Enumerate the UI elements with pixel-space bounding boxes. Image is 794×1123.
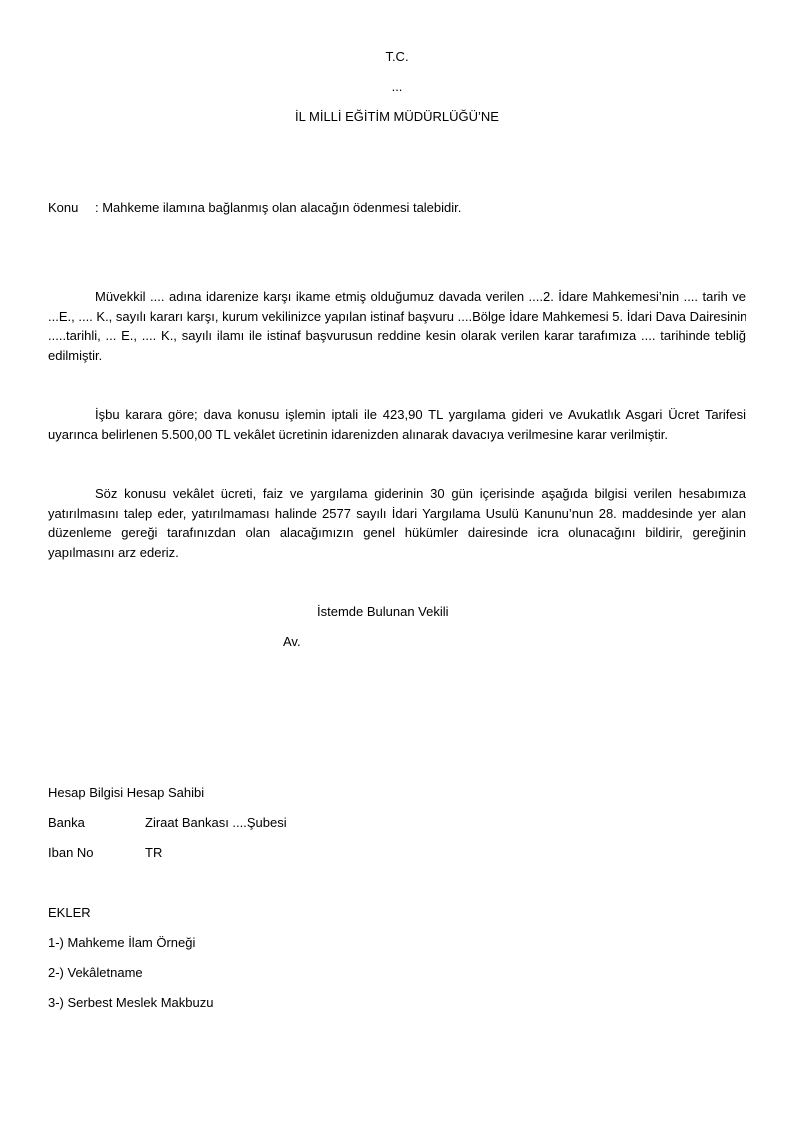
bank-label: Banka xyxy=(48,815,85,831)
paragraph-request: Söz konusu vekâlet ücreti, faiz ve yargı… xyxy=(48,486,746,564)
paragraph-line: yatırılmasını talep eder, yatırılmaması … xyxy=(48,506,746,526)
attachment-item: 2-) Vekâletname xyxy=(48,965,143,981)
paragraph-decision: Müvekkil .... adına idarenize karşı ikam… xyxy=(48,289,746,367)
iban-label: Iban No xyxy=(48,845,94,861)
paragraph-line: Söz konusu vekâlet ücreti, faiz ve yargı… xyxy=(48,486,746,506)
account-heading: Hesap Bilgisi Hesap Sahibi xyxy=(48,785,204,801)
attachment-item: 3-) Serbest Meslek Makbuzu xyxy=(48,995,213,1011)
bank-value: Ziraat Bankası ....Şubesi xyxy=(145,815,287,831)
header-city-placeholder: ... xyxy=(0,79,794,95)
paragraph-judgment: İşbu karara göre; dava konusu işlemin ip… xyxy=(48,407,746,446)
paragraph-line: edilmiştir. xyxy=(48,348,746,368)
header-recipient: İL MİLLİ EĞİTİM MÜDÜRLÜĞÜ’NE xyxy=(0,109,794,125)
paragraph-line: uyarınca belirlenen 5.500,00 TL vekâlet … xyxy=(48,427,746,447)
paragraph-line: düzenleme gereği tarafınızdan olan alaca… xyxy=(48,525,746,545)
signature-name: Av. xyxy=(283,634,301,650)
paragraph-line: Müvekkil .... adına idarenize karşı ikam… xyxy=(48,289,746,309)
iban-value: TR xyxy=(145,845,162,861)
paragraph-line: İşbu karara göre; dava konusu işlemin ip… xyxy=(48,407,746,427)
attachments-heading: EKLER xyxy=(48,905,91,921)
paragraph-line: yapılmasını arz ederiz. xyxy=(48,545,746,565)
subject-label: Konu xyxy=(48,200,78,216)
attachment-item: 1-) Mahkeme İlam Örneği xyxy=(48,935,195,951)
subject-text: : Mahkeme ilamına bağlanmış olan alacağı… xyxy=(95,200,461,216)
signature-title: İstemde Bulunan Vekili xyxy=(317,604,449,620)
paragraph-line: ...E., .... K., sayılı kararı karşı, kur… xyxy=(48,309,746,329)
header-tc: T.C. xyxy=(0,49,794,65)
paragraph-line: .....tarihli, ... E., .... K., sayılı il… xyxy=(48,328,746,348)
